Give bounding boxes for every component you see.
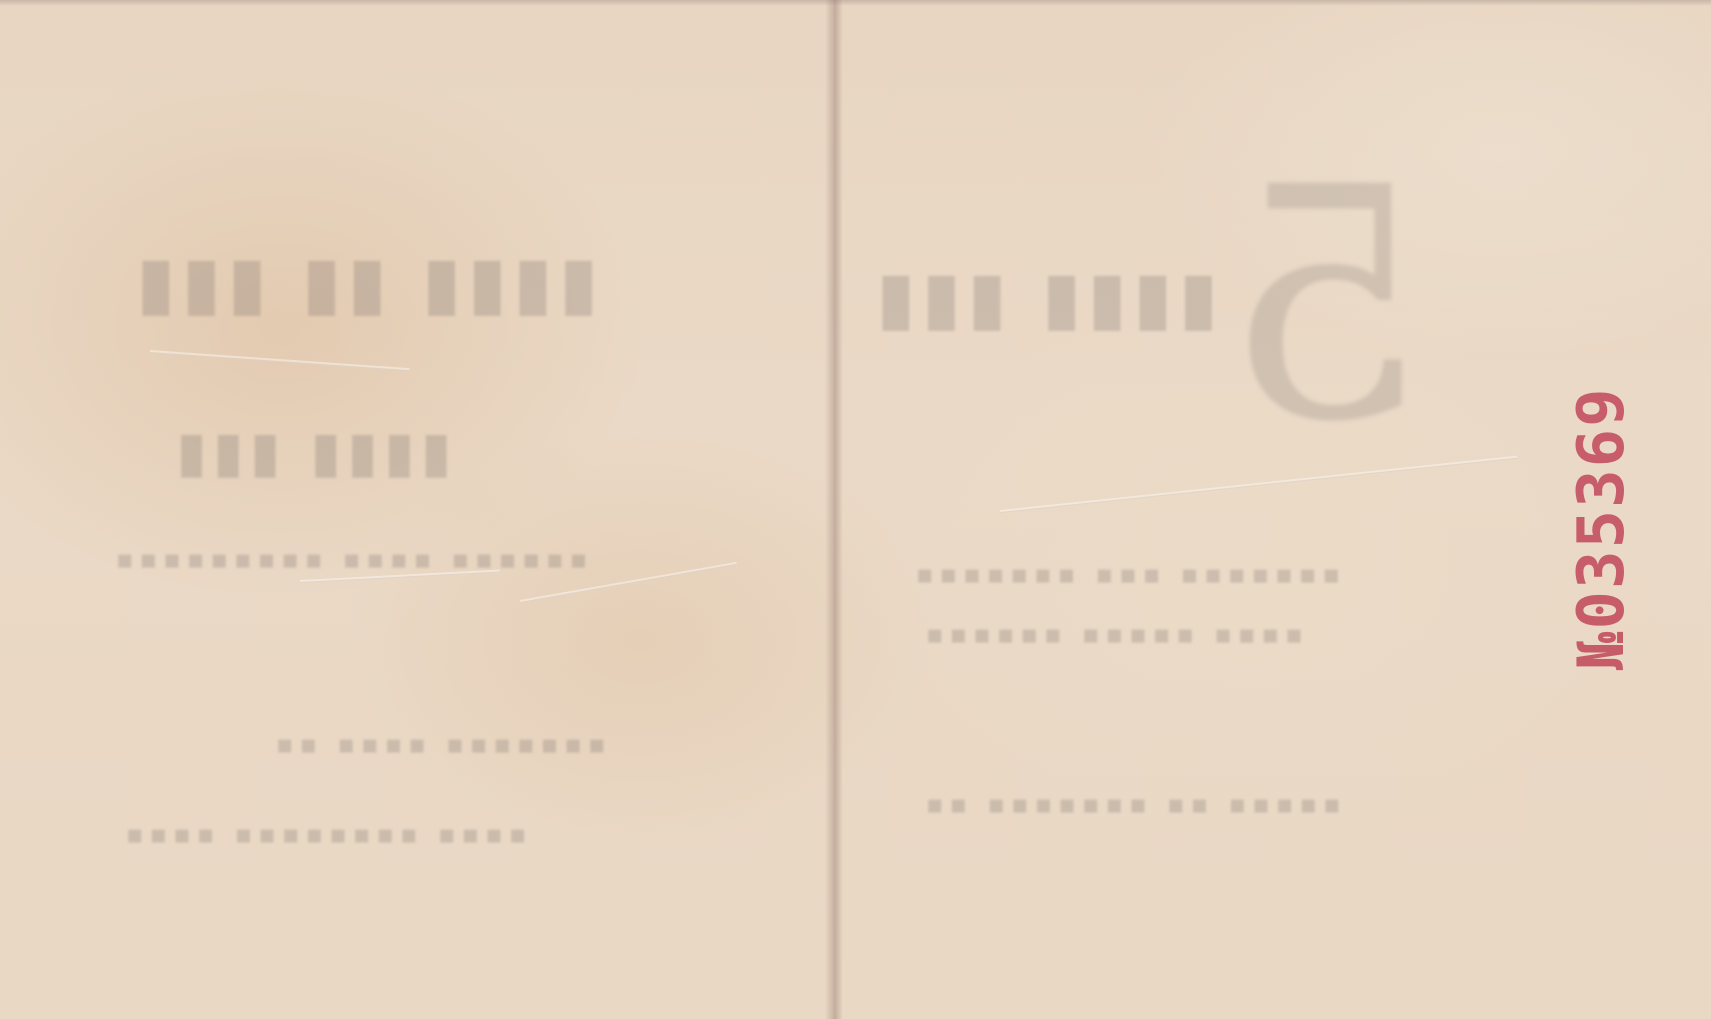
show-through-text: ▮▮▮▮ ▮▮▮ xyxy=(170,420,452,485)
show-through-text: ▮▮▮▮ ▮▮ ▮▮▮ xyxy=(130,240,598,324)
serial-number-stamp: №035369 xyxy=(1565,386,1639,670)
show-through-numeral: 5 xyxy=(1225,120,1429,492)
vertical-fold-line xyxy=(825,0,843,1019)
crease xyxy=(150,350,410,371)
paper-note-back: 5 ▮▮▮▮ ▮▮ ▮▮▮ ▮▮▮▮ ▮▮▮ ▪▪▪▪▪▪ ▪▪▪▪ ▪▪▪▪▪… xyxy=(0,0,1711,1019)
show-through-text: ▮▮▮▮ ▮▮▮ xyxy=(870,255,1218,339)
show-through-text: ▪▪▪▪ ▪▪▪▪▪▪▪▪ ▪▪▪▪ xyxy=(120,820,526,850)
show-through-text: ▪▪▪▪▪▪▪ ▪▪▪ ▪▪▪▪▪▪▪ xyxy=(910,560,1340,590)
show-through-text: ▪▪▪▪▪▪▪ ▪▪▪▪ ▪▪ xyxy=(270,730,606,760)
torn-top-edge xyxy=(0,0,1711,6)
show-through-text: ▪▪▪▪▪ ▪▪ ▪▪▪▪▪▪▪ ▪▪ xyxy=(920,790,1341,820)
show-through-text: ▪▪▪▪▪▪ ▪▪▪▪ ▪▪▪▪▪▪▪▪▪ xyxy=(110,545,587,575)
show-through-text: ▪▪▪▪ ▪▪▪▪▪ ▪▪▪▪▪▪ xyxy=(920,620,1303,650)
